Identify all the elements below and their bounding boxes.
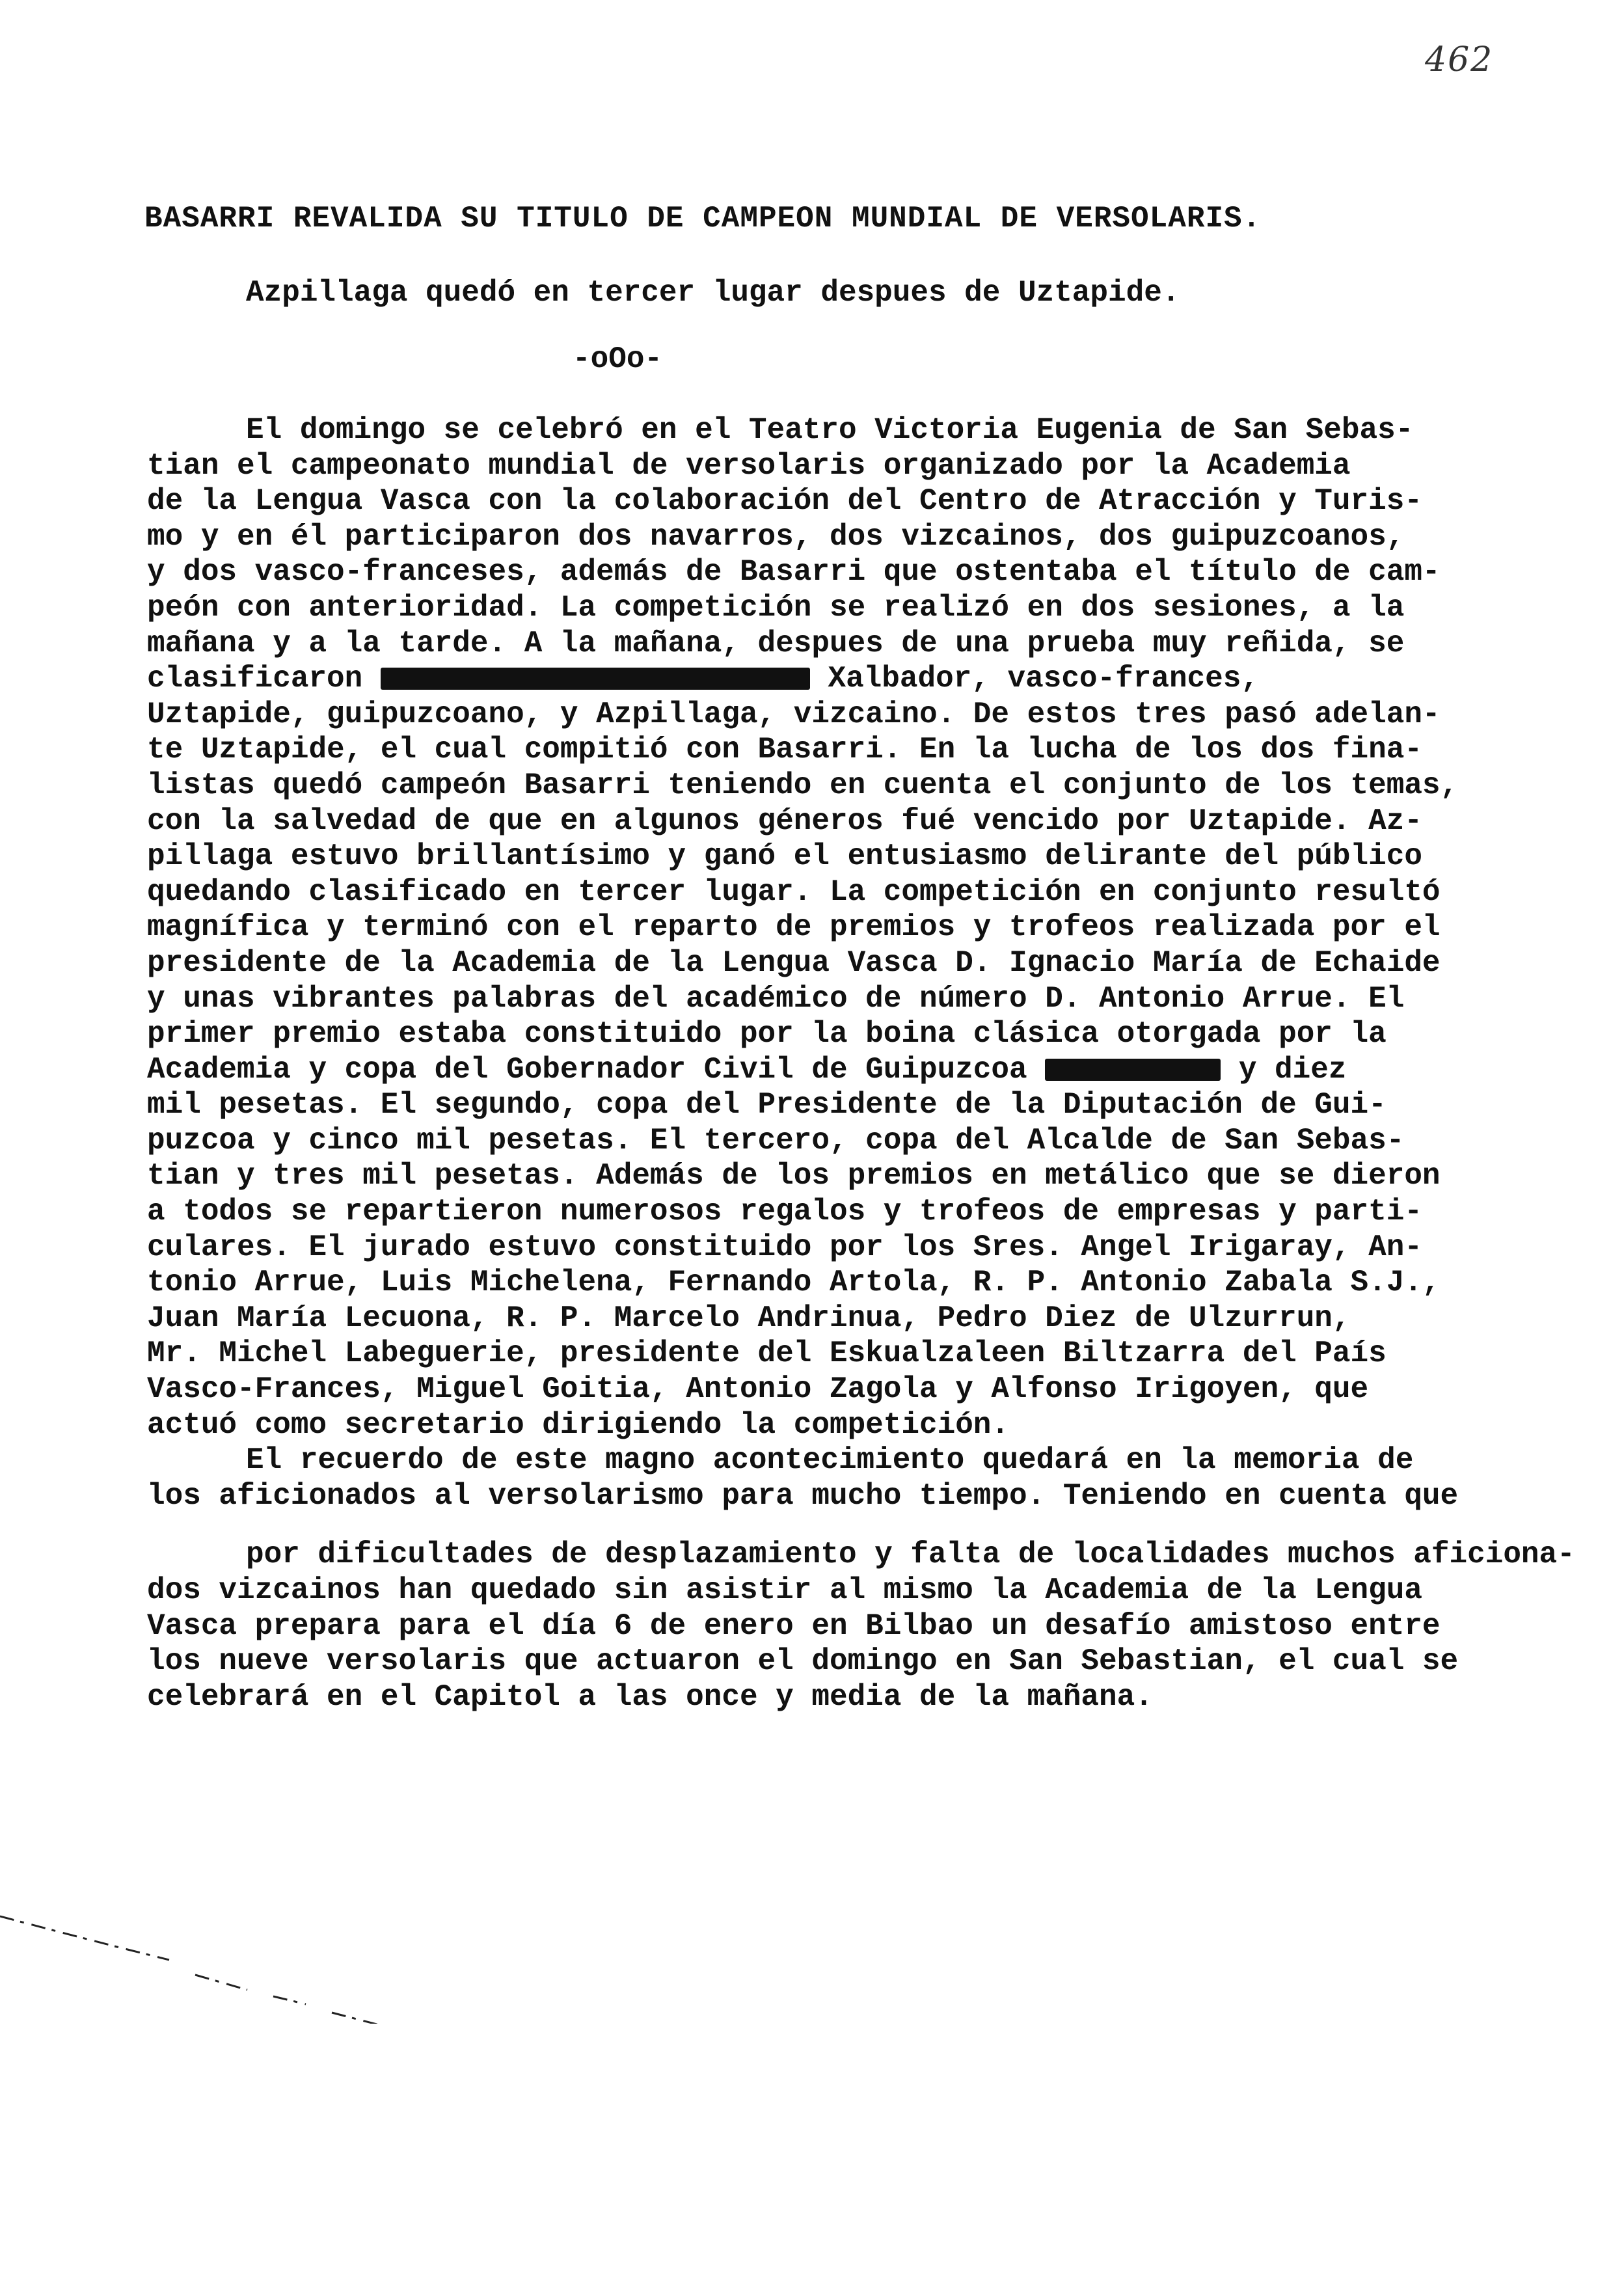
text-line: y dos vasco-franceses, además de Basarri… <box>147 554 1604 590</box>
text-line: tian el campeonato mundial de versolaris… <box>147 448 1604 484</box>
text-line: Vasca prepara para el día 6 de enero en … <box>147 1609 1604 1644</box>
text-line: listas quedó campeón Basarri teniendo en… <box>147 768 1604 804</box>
section-separator: -oOo- <box>573 342 662 376</box>
page-number: 462 <box>1425 40 1493 79</box>
text-line: magnífica y terminó con el reparto de pr… <box>147 910 1604 945</box>
text-line: por dificultades de desplazamiento y fal… <box>147 1537 1604 1573</box>
article-body: El domingo se celebró en el Teatro Victo… <box>147 413 1604 1715</box>
text-line: puzcoa y cinco mil pesetas. El tercero, … <box>147 1123 1604 1159</box>
headline: BASARRI REVALIDA SU TITULO DE CAMPEON MU… <box>144 202 1261 236</box>
text-line: los aficionados al versolarismo para muc… <box>147 1478 1604 1514</box>
text-line: culares. El jurado estuvo constituido po… <box>147 1230 1604 1266</box>
redaction-mark <box>381 668 810 690</box>
text-line: Mr. Michel Labeguerie, presidente del Es… <box>147 1336 1604 1372</box>
text-line: dos vizcainos han quedado sin asistir al… <box>147 1573 1604 1609</box>
subheadline: Azpillaga quedó en tercer lugar despues … <box>246 276 1180 310</box>
text-line: los nueve versolaris que actuaron el dom… <box>147 1644 1604 1679</box>
redaction-mark <box>1045 1059 1221 1081</box>
text-line: celebrará en el Capitol a las once y med… <box>147 1679 1604 1715</box>
text-line: El recuerdo de este magno acontecimiento… <box>147 1443 1604 1478</box>
text-line: mañana y a la tarde. A la mañana, despue… <box>147 626 1604 662</box>
stray-pen-mark <box>0 1907 403 2024</box>
text-line: Vasco-Frances, Miguel Goitia, Antonio Za… <box>147 1372 1604 1407</box>
document-page: 462 BASARRI REVALIDA SU TITULO DE CAMPEO… <box>0 0 1624 2282</box>
text-line: tian y tres mil pesetas. Además de los p… <box>147 1158 1604 1194</box>
text-line: te Uztapide, el cual compitió con Basarr… <box>147 732 1604 768</box>
text-line: mo y en él participaron dos navarros, do… <box>147 519 1604 555</box>
text-line: peón con anterioridad. La competición se… <box>147 590 1604 626</box>
text-line: clasificaron Xalbador, vasco-frances, <box>147 661 1604 697</box>
text-line: actuó como secretario dirigiendo la comp… <box>147 1407 1604 1443</box>
text-line: de la Lengua Vasca con la colaboración d… <box>147 483 1604 519</box>
text-line: Uztapide, guipuzcoano, y Azpillaga, vizc… <box>147 697 1604 733</box>
text-line: tonio Arrue, Luis Michelena, Fernando Ar… <box>147 1265 1604 1301</box>
text-line: Academia y copa del Gobernador Civil de … <box>147 1052 1604 1088</box>
text-line: Juan María Lecuona, R. P. Marcelo Andrin… <box>147 1301 1604 1337</box>
text-line: quedando clasificado en tercer lugar. La… <box>147 875 1604 910</box>
text-line: con la salvedad de que en algunos género… <box>147 804 1604 839</box>
text-line: y unas vibrantes palabras del académico … <box>147 981 1604 1017</box>
text-line: El domingo se celebró en el Teatro Victo… <box>147 413 1604 448</box>
text-line: primer premio estaba constituido por la … <box>147 1016 1604 1052</box>
text-line: presidente de la Academia de la Lengua V… <box>147 945 1604 981</box>
text-line: a todos se repartieron numerosos regalos… <box>147 1194 1604 1230</box>
text-line: mil pesetas. El segundo, copa del Presid… <box>147 1087 1604 1123</box>
text-line: pillaga estuvo brillantísimo y ganó el e… <box>147 839 1604 875</box>
